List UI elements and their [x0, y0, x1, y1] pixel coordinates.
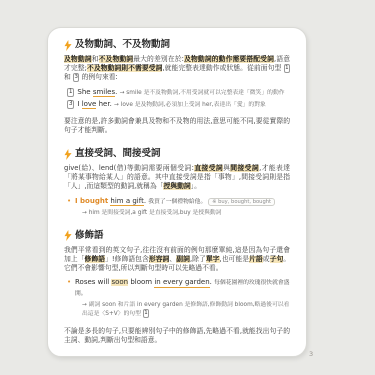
- page-number: 3: [309, 350, 313, 358]
- text-run: 」。: [191, 182, 201, 190]
- example-note: → him 是間接受詞,a gift 是直接受詞,buy 是授與動詞: [75, 208, 290, 217]
- text-run: 及物動詞: [64, 55, 92, 63]
- example-item: 1She smiles. → smile 是不及物動詞,不用受詞就可以完整表達「…: [67, 87, 290, 98]
- section-title-text: 直接受詞、間接受詞: [75, 148, 161, 160]
- text-run: ,除了: [190, 255, 206, 263]
- bullet-example: Roses will soon bloom in every garden. 每…: [67, 277, 290, 318]
- section-modifiers: 修飾語 我們平常看到的英文句子,往往沒有前面的例句那麼單純,這是因為句子還會加上…: [64, 230, 290, 346]
- book-page-card: 及物動詞、不及物動詞 及物動詞和不及物動詞最大的差別在於:及物動詞的動作需要搭配…: [47, 27, 307, 357]
- text-run: 間接受詞: [230, 164, 259, 172]
- paragraph: 要注意的是,許多動詞會兼具及物和不及物的用法,意思可能不同,要從實際的句子才能判…: [64, 117, 290, 135]
- text-run: 的例句來看:: [79, 73, 117, 81]
- text-run: give(給)、lend(借)等動詞需要兩個受詞:: [64, 164, 194, 172]
- text-run: 及物動詞的動作需要搭配受詞: [184, 55, 274, 63]
- example-number-badge: 3: [67, 100, 74, 109]
- text-run: 1: [143, 309, 149, 318]
- example-sentence: Roses will soon bloom in every garden. 每…: [75, 278, 289, 297]
- text-run: 不論是多長的句子,只要能辨別句子中的修飾語,先略過不看,就能找出句子的主詞、動詞…: [64, 327, 290, 344]
- section-title-text: 修飾語: [75, 230, 104, 242]
- text-run: I bought: [75, 197, 108, 205]
- text-run: love: [82, 100, 97, 110]
- example-note: → 副詞 soon 和片語 in every garden 是修飾語,修飾動詞 …: [75, 300, 290, 318]
- text-run: 直接受詞: [194, 164, 223, 172]
- text-run: 要注意的是,許多動詞會兼具及物和不及物的用法,意思可能不同,要從實際的句子才能判…: [64, 117, 290, 134]
- section-title: 直接受詞、間接受詞: [64, 148, 290, 160]
- example-text: She smiles. → smile 是不及物動詞,不用受詞就可以完整表達「微…: [77, 88, 284, 96]
- text-run: in every garden: [154, 278, 209, 288]
- example-sentence: I bought him a gift. 我買了一個禮物給他。 ※ buy, b…: [75, 197, 275, 205]
- text-run: soon: [111, 278, 128, 286]
- text-run: ※ buy, bought, bought: [208, 198, 275, 207]
- section-transitive-intransitive-verbs: 及物動詞、不及物動詞 及物動詞和不及物動詞最大的差別在於:及物動詞的動作需要搭配…: [64, 39, 290, 135]
- section-direct-indirect-objects: 直接受詞、間接受詞 give(給)、lend(借)等動詞需要兩個受詞:直接受詞與…: [64, 148, 290, 217]
- text-run: ,也可能是: [220, 255, 250, 263]
- text-run: → smile 是不及物動詞,不用受詞就可以完整表達「微笑」的動作: [120, 90, 285, 96]
- text-run: her.: [96, 100, 114, 108]
- text-run: ,就能完整表達動作或狀態。從前面句型: [162, 64, 283, 72]
- bullet-example: I bought him a gift. 我買了一個禮物給他。 ※ buy, b…: [67, 196, 290, 217]
- text-run: 子句: [270, 255, 284, 263]
- text-run: 不及物動詞: [99, 55, 134, 63]
- text-run: Roses will: [75, 278, 111, 286]
- text-run: 或: [263, 255, 270, 263]
- text-run: → 副詞 soon 和片語 in every garden 是修飾語,修飾動詞 …: [82, 302, 289, 317]
- text-run: 不及物動詞則不需要受詞: [87, 64, 163, 72]
- text-run: 最大的差別在於:: [133, 55, 184, 63]
- section-title: 修飾語: [64, 230, 290, 242]
- text-run: 片語: [249, 255, 263, 263]
- text-run: 修飾語: [85, 255, 106, 263]
- text-run: 我買了一個禮物給他。: [148, 199, 208, 205]
- paragraph: 不論是多長的句子,只要能辨別句子中的修飾語,先略過不看,就能找出句子的主詞、動詞…: [64, 327, 290, 345]
- text-run: smiles: [93, 88, 115, 98]
- text-run: → love 是及物動詞,必須加上受詞 her,表達出「愛」的對象: [114, 102, 266, 108]
- lightning-bolt-icon: [64, 230, 72, 241]
- example-number-badge: 1: [67, 88, 74, 97]
- example-text: I love her. → love 是及物動詞,必須加上受詞 her,表達出「…: [77, 100, 265, 108]
- text-run: She: [77, 88, 92, 96]
- paragraph: give(給)、lend(借)等動詞需要兩個受詞:直接受詞與間接受詞,才能表達「…: [64, 164, 290, 192]
- paragraph: 及物動詞和不及物動詞最大的差別在於:及物動詞的動作需要搭配受詞,語意才完整;不及…: [64, 55, 290, 83]
- text-run: 」!修飾語包含: [105, 255, 149, 263]
- text-run: 副詞: [176, 255, 190, 263]
- text-run: 授與動詞: [163, 182, 190, 190]
- text-run: bloom: [128, 278, 154, 286]
- text-run: 和: [92, 55, 99, 63]
- numbered-example-list: 1She smiles. → smile 是不及物動詞,不用受詞就可以完整表達「…: [67, 87, 290, 110]
- lightning-bolt-icon: [64, 149, 72, 160]
- text-run: 形容詞: [149, 255, 170, 263]
- text-run: him a gift: [110, 197, 143, 207]
- example-item: 3I love her. → love 是及物動詞,必須加上受詞 her,表達出…: [67, 99, 290, 110]
- lightning-bolt-icon: [64, 40, 72, 51]
- text-run: 單字: [206, 255, 220, 263]
- paragraph: 我們平常看到的英文句子,往往沒有前面的例句那麼單純,這是因為句子還會加上「修飾語…: [64, 246, 290, 274]
- section-title: 及物動詞、不及物動詞: [64, 39, 290, 51]
- section-title-text: 及物動詞、不及物動詞: [75, 39, 170, 51]
- text-run: → him 是間接受詞,a gift 是直接受詞,buy 是授與動詞: [82, 210, 221, 216]
